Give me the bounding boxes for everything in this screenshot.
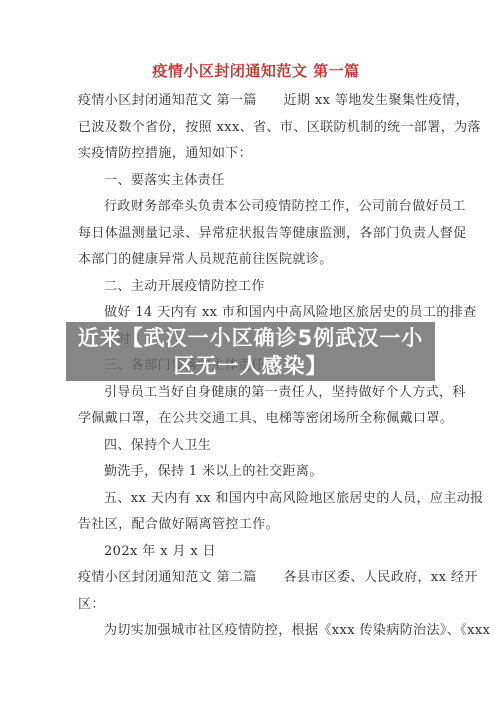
document-line: 为切实加强城市社区疫情防控，根据《xxx 传染病防治法》、《xxx — [78, 618, 434, 645]
document-line: 区： — [78, 592, 434, 619]
document-line: 每日体温测量记录、异常症状报告等健康监测，各部门负责人督促 — [78, 221, 434, 248]
document-line: 202x 年 x 月 x 日 — [78, 539, 434, 566]
document-title: 疫情小区封闭通知范文 第一篇 — [78, 60, 434, 81]
document-line: 行政财务部牵头负责本公司疫情防控工作，公司前台做好员工 — [78, 194, 434, 221]
document-line: 四、保持个人卫生 — [78, 433, 434, 460]
document-line: 本部门的健康异常人员规范前往医院就诊。 — [78, 247, 434, 274]
overlay-headline-line2: 区无一人感染】 — [66, 352, 435, 380]
document-line: 学佩戴口罩，在公共交通工具、电梯等密闭场所全称佩戴口罩。 — [78, 406, 434, 433]
document-line: 疫情小区封闭通知范文 第二篇 各县市区委、人民政府，xx 经开 — [78, 565, 434, 592]
document-line: 勤洗手，保持 1 米以上的社交距离。 — [78, 459, 434, 486]
document-line: 五、xx 天内有 xx 和国内中高风险地区旅居史的人员，应主动报 — [78, 486, 434, 513]
document-line: 二、主动开展疫情防控工作 — [78, 274, 434, 301]
document-line: 疫情小区封闭通知范文 第一篇 近期 xx 等地发生聚集性疫情， — [78, 88, 434, 115]
overlay-headline-line1: 近来【武汉一小区确诊5例武汉一小 — [66, 324, 435, 352]
document-line: 实疫情防控措施，通知如下： — [78, 141, 434, 168]
document-line: 已波及数个省份，按照 xxx、省、市、区联防机制的统一部署，为落 — [78, 115, 434, 142]
overlay-headline-banner[interactable]: 近来【武汉一小区确诊5例武汉一小 区无一人感染】 — [66, 322, 435, 381]
document-line: 引导员工当好自身健康的第一责任人，坚持做好个人方式，科 — [78, 380, 434, 407]
document-line: 告社区，配合做好隔离管控工作。 — [78, 512, 434, 539]
document-line: 一、要落实主体责任 — [78, 168, 434, 195]
